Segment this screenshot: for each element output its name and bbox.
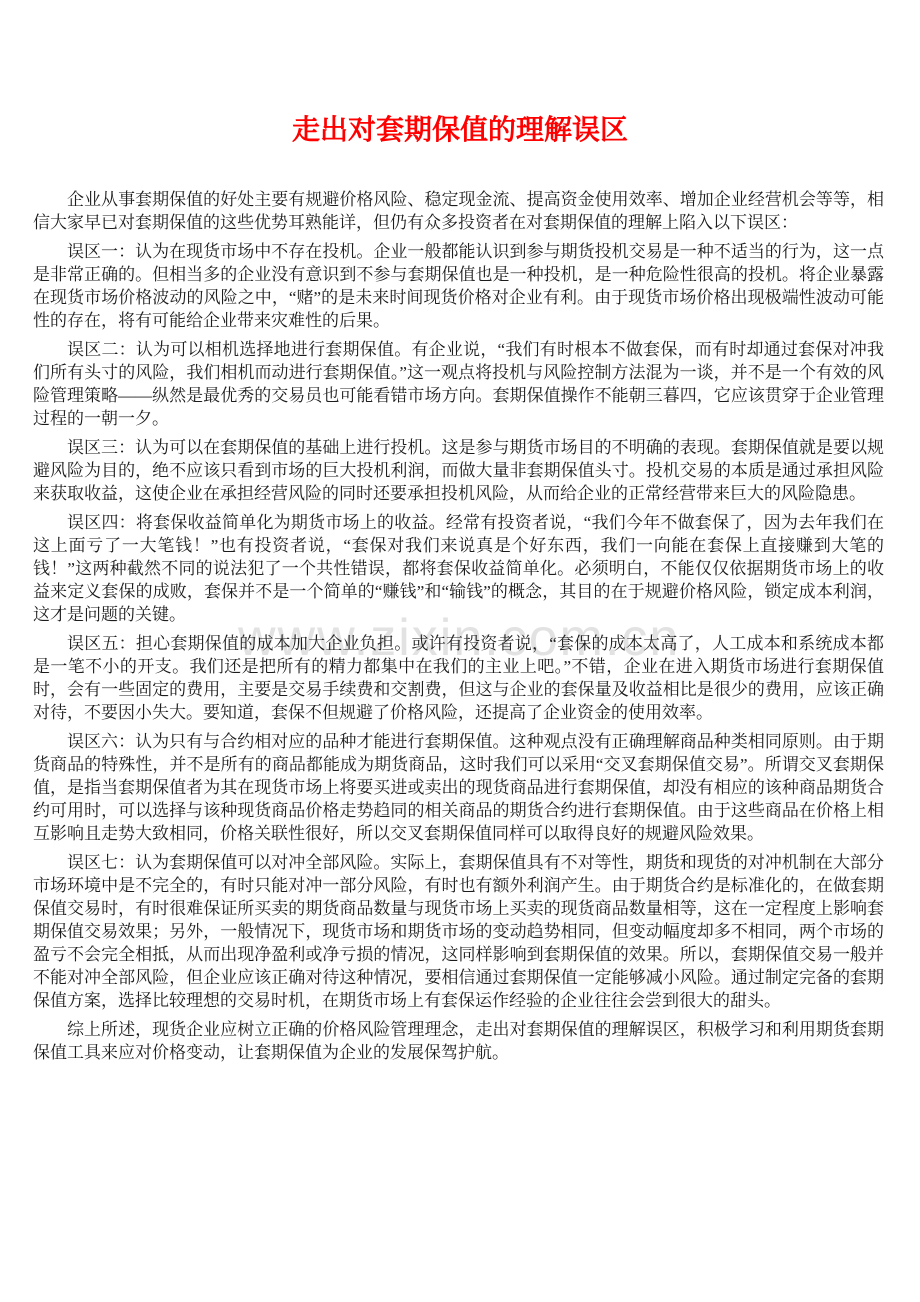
page-title: 走出对套期保值的理解误区: [0, 0, 920, 146]
misconception-7-paragraph: 误区七：认为套期保值可以对冲全部风险。实际上，套期保值具有不对等性，期货和现货的…: [33, 851, 884, 1012]
misconception-2-paragraph: 误区二：认为可以相机选择地进行套期保值。有企业说，“我们有时根本不做套保，而有时…: [33, 338, 884, 430]
misconception-4-paragraph: 误区四：将套保收益简单化为期货市场上的收益。经常有投资者说，“我们今年不做套保了…: [33, 511, 884, 626]
misconception-3-paragraph: 误区三：认为可以在套期保值的基础上进行投机。这是参与期货市场目的不明确的表现。套…: [33, 436, 884, 505]
document-body: 企业从事套期保值的好处主要有规避价格风险、稳定现金流、提高资金使用效率、增加企业…: [33, 188, 884, 1064]
misconception-6-paragraph: 误区六：认为只有与合约相对应的品种才能进行套期保值。这种观点没有正确理解商品种类…: [33, 730, 884, 845]
misconception-5-paragraph: 误区五：担心套期保值的成本加大企业负担。或许有投资者说，“套保的成本太高了，人工…: [33, 632, 884, 724]
conclusion-paragraph: 综上所述，现货企业应树立正确的价格风险管理理念，走出对套期保值的理解误区，积极学…: [33, 1018, 884, 1064]
intro-paragraph: 企业从事套期保值的好处主要有规避价格风险、稳定现金流、提高资金使用效率、增加企业…: [33, 188, 884, 234]
document-page: www.zixin.com.cn 走出对套期保值的理解误区 企业从事套期保值的好…: [0, 0, 920, 1302]
misconception-1-paragraph: 误区一：认为在现货市场中不存在投机。企业一般都能认识到参与期货投机交易是一种不适…: [33, 240, 884, 332]
